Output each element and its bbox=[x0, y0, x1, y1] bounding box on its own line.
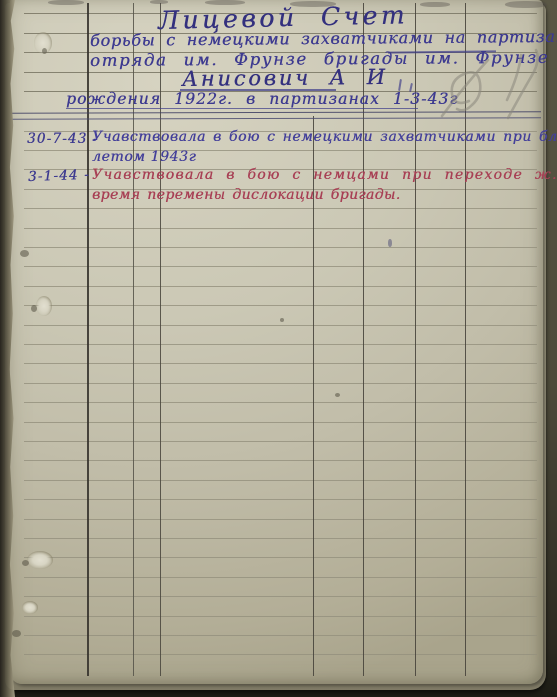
pencil-scribble bbox=[424, 44, 550, 126]
scanned-ledger-page: Лицевой Счет борьбы с немецкими захватчи… bbox=[0, 0, 557, 697]
ink-underline bbox=[180, 89, 336, 91]
entry-text-line: Учавствовала в бою с немецкими захватчик… bbox=[92, 129, 557, 145]
handwriting-layer: Лицевой Счет борьбы с немецкими захватчи… bbox=[0, 0, 557, 697]
ink-underline bbox=[66, 108, 418, 110]
entry-date: 30-7-43 - bbox=[27, 131, 99, 147]
entry-date: 3-1-44 - bbox=[28, 167, 90, 185]
entry-text-line: время перемены дислокации бригады. bbox=[92, 187, 401, 203]
entry-text-line: летом 1943г bbox=[92, 149, 196, 165]
person-name: Анисович А И bbox=[182, 65, 388, 91]
birth-record-line: рождения 1922г. в партизанах 1-3-43г bbox=[66, 90, 458, 108]
entry-text-line: Учавствовала в бою с немцами при переход… bbox=[92, 167, 557, 183]
